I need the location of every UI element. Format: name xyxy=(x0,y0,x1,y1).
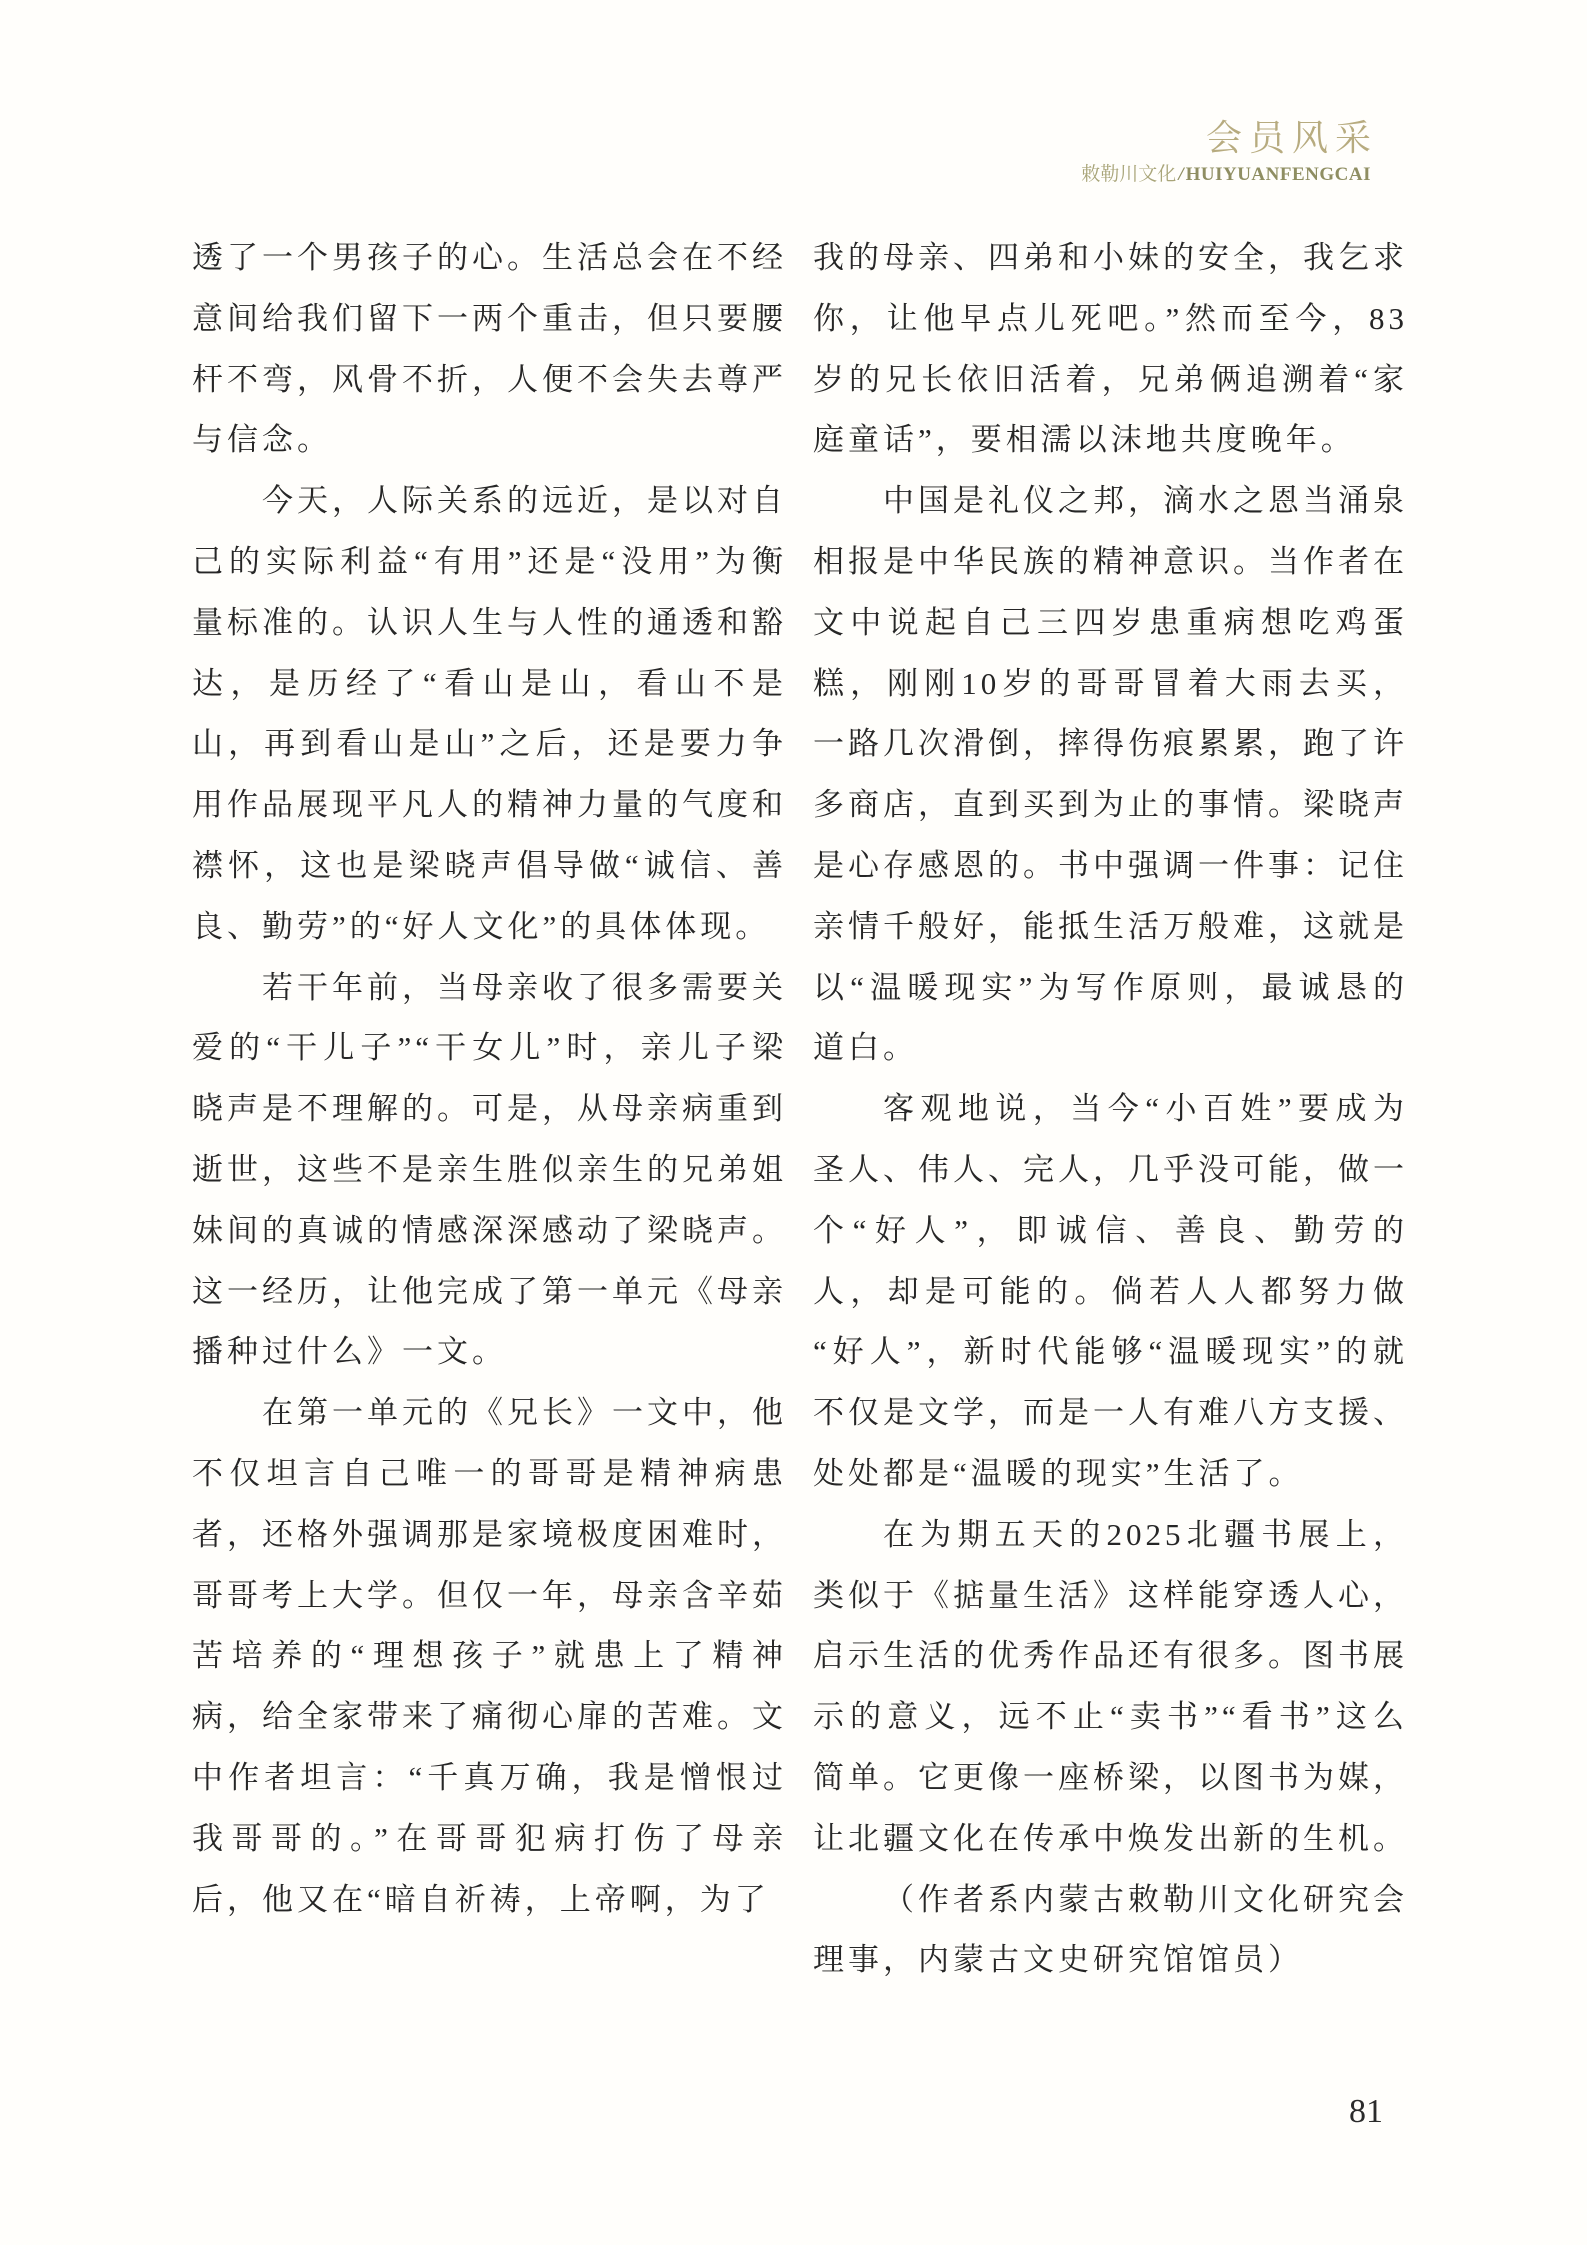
paragraph: 今天，人际关系的远近，是以对自己的实际利益“有用”还是“没用”为衡量标准的。认识… xyxy=(192,471,787,957)
page-header: 会员风采 敕勒川文化/HUIYUANFENGCAI xyxy=(1081,120,1371,184)
paragraph: 透了一个男孩子的心。生活总会在不经意间给我们留下一两个重击，但只要腰杆不弯，风骨… xyxy=(192,228,787,471)
paragraph: 我的母亲、四弟和小妹的安全，我乞求你，让他早点儿死吧。”然而至今，83岁的兄长依… xyxy=(813,228,1408,471)
paragraph: 在为期五天的2025北疆书展上，类似于《掂量生活》这样能穿透人心，启示生活的优秀… xyxy=(813,1505,1408,1870)
page-number: 81 xyxy=(1349,2092,1383,2133)
paragraph: （作者系内蒙古敕勒川文化研究会理事，内蒙古文史研究馆馆员） xyxy=(813,1870,1408,1992)
subtitle-romanized: HUIYUANFENGCAI xyxy=(1186,164,1371,185)
section-title: 会员风采 xyxy=(1081,120,1378,156)
right-column: 我的母亲、四弟和小妹的安全，我乞求你，让他早点儿死吧。”然而至今，83岁的兄长依… xyxy=(813,228,1408,1991)
subtitle-divider: / xyxy=(1176,164,1185,185)
paragraph: 客观地说，当今“小百姓”要成为圣人、伟人、完人，几乎没可能，做一个“好人”，即诚… xyxy=(813,1079,1408,1505)
magazine-page: 会员风采 敕勒川文化/HUIYUANFENGCAI 透了一个男孩子的心。生活总会… xyxy=(0,0,1587,2245)
section-subtitle: 敕勒川文化/HUIYUANFENGCAI xyxy=(1081,165,1371,184)
article-body: 透了一个男孩子的心。生活总会在不经意间给我们留下一两个重击，但只要腰杆不弯，风骨… xyxy=(192,228,1408,1991)
left-column: 透了一个男孩子的心。生活总会在不经意间给我们留下一两个重击，但只要腰杆不弯，风骨… xyxy=(192,228,787,1991)
paragraph: 中国是礼仪之邦，滴水之恩当涌泉相报是中华民族的精神意识。当作者在文中说起自己三四… xyxy=(813,471,1408,1079)
paragraph: 若干年前，当母亲收了很多需要关爱的“干儿子”“干女儿”时，亲儿子梁晓声是不理解的… xyxy=(192,958,787,1384)
subtitle-brand: 敕勒川文化 xyxy=(1081,164,1176,185)
paragraph: 在第一单元的《兄长》一文中，他不仅坦言自己唯一的哥哥是精神病患者，还格外强调那是… xyxy=(192,1383,787,1930)
